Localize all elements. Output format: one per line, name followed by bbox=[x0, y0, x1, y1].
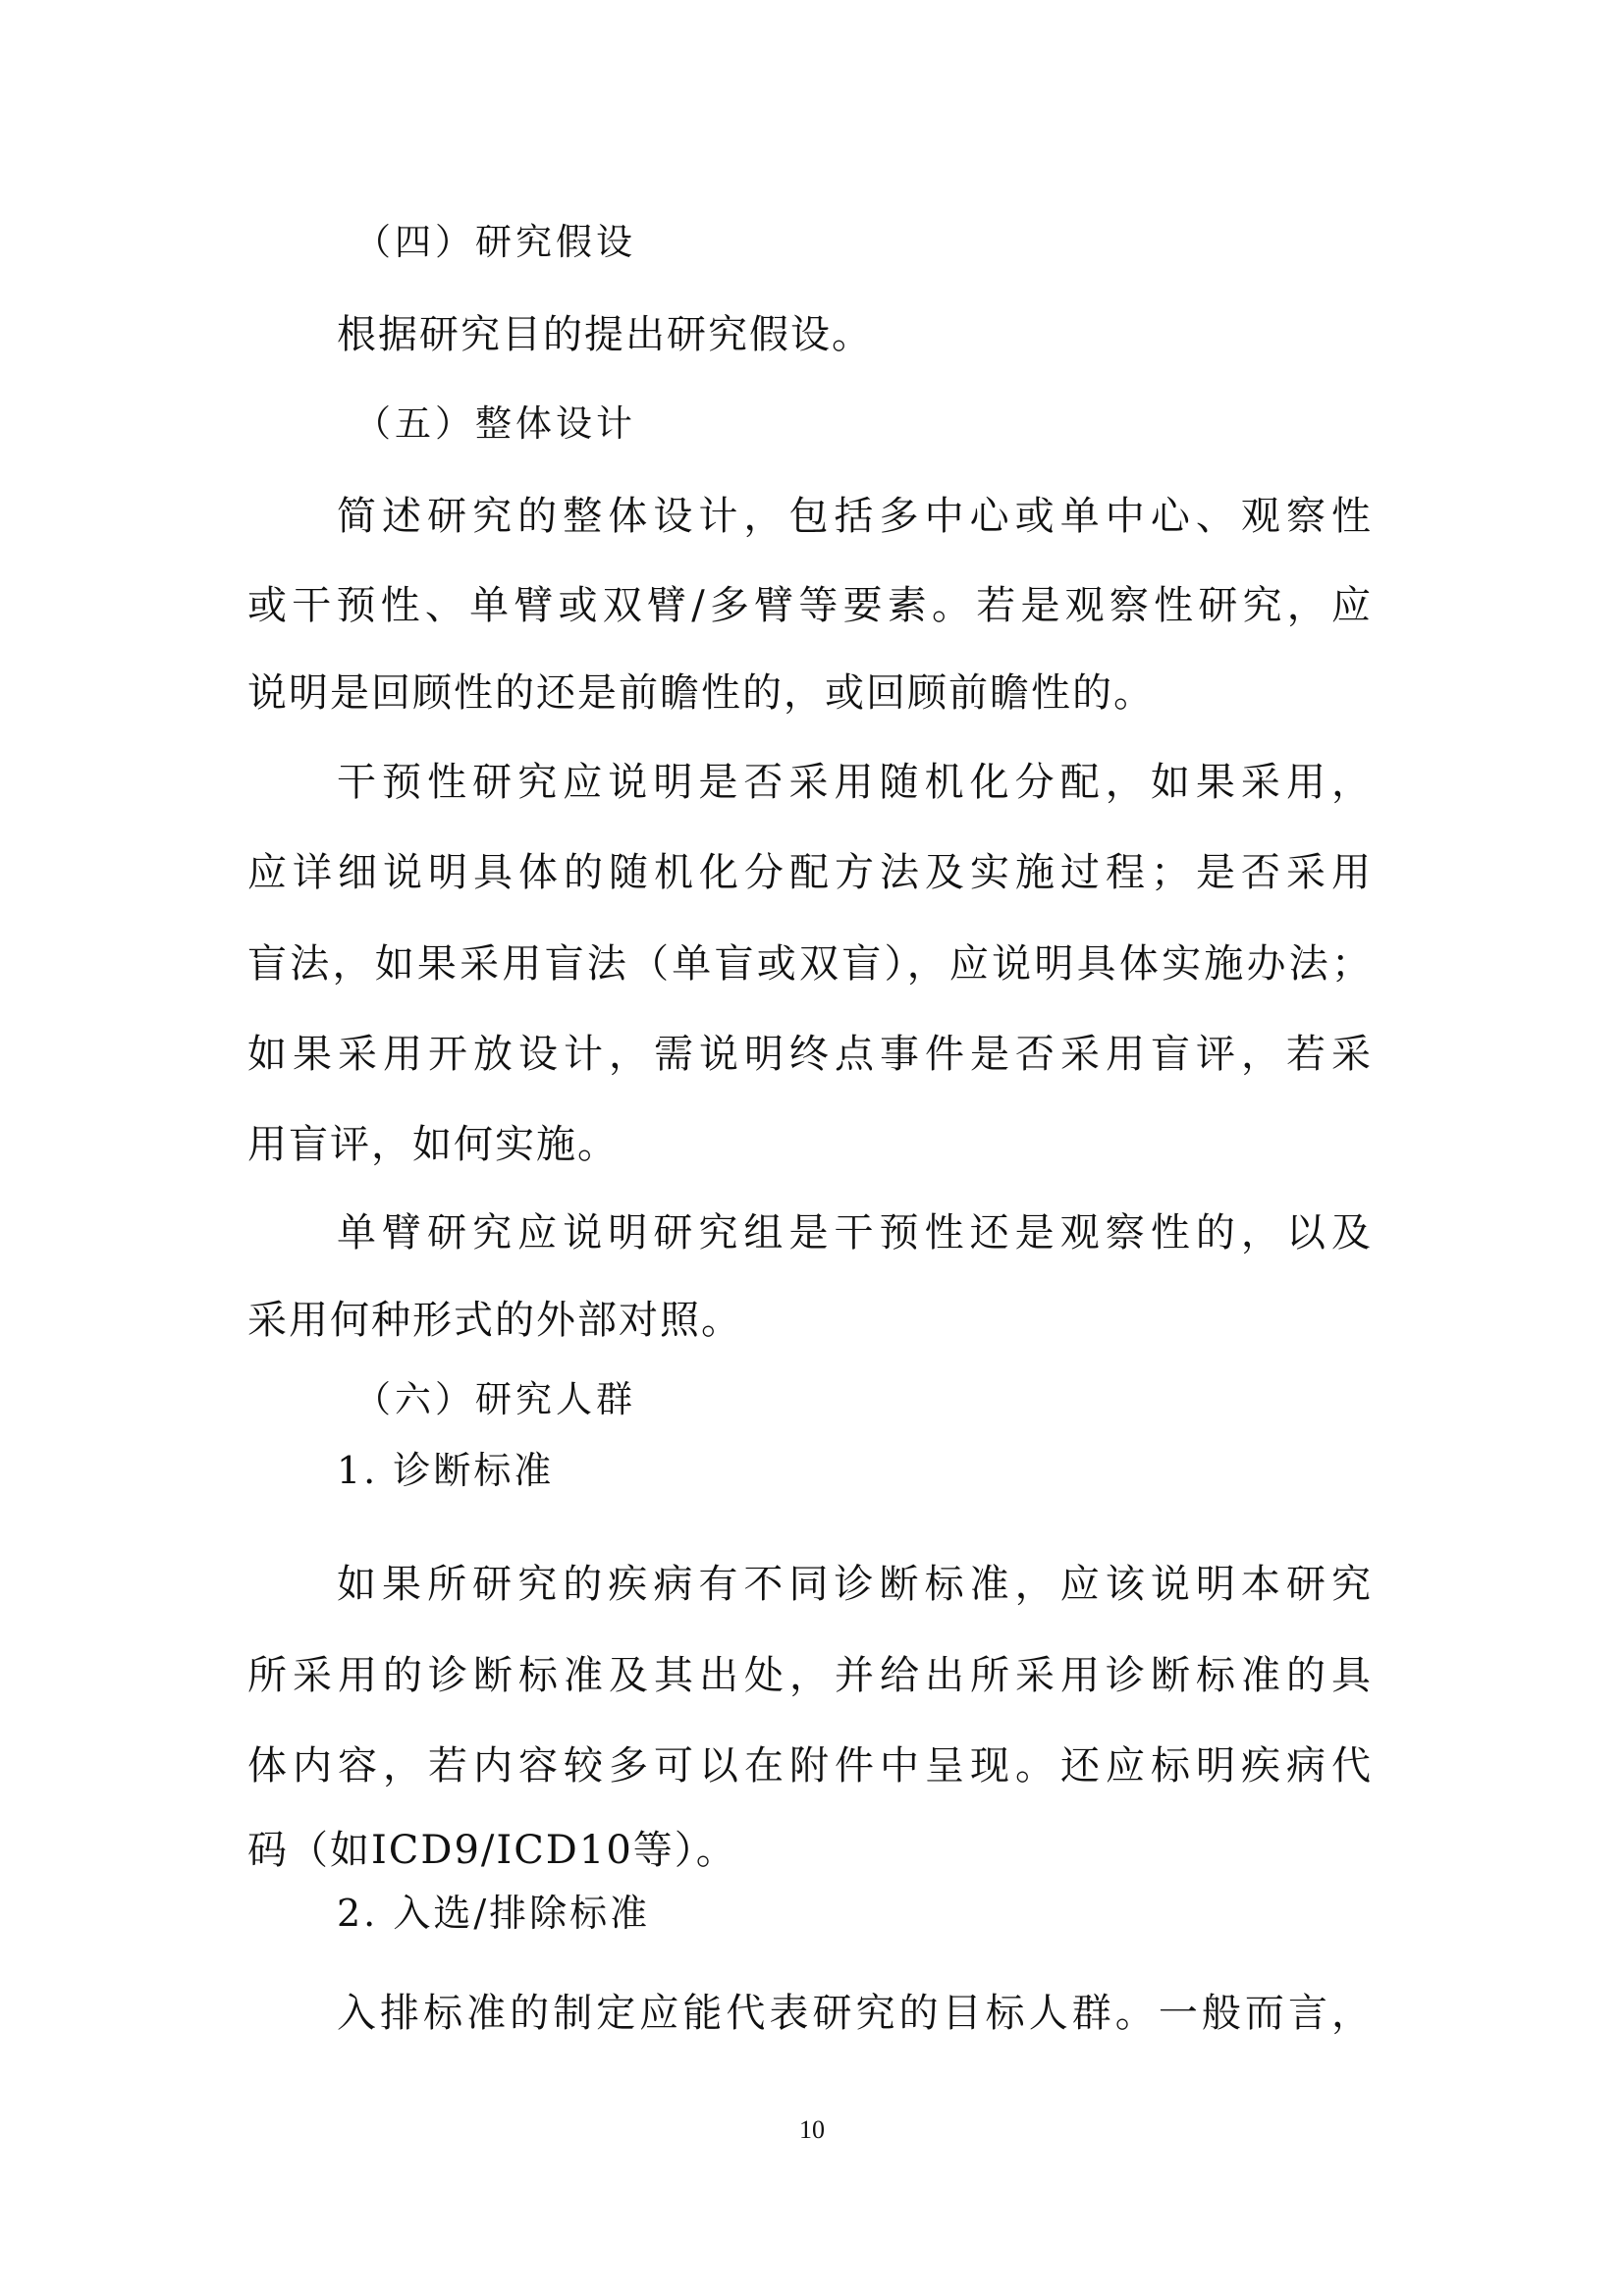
paragraph-line: 说明是回顾性的还是前瞻性的，或回顾前瞻性的。 bbox=[247, 668, 1373, 718]
section-heading-study-population: （六）研究人群 bbox=[354, 1378, 636, 1421]
paragraph-line: 干预性研究应说明是否采用随机化分配，如果采用， bbox=[337, 758, 1373, 807]
paragraph-line: 简述研究的整体设计，包括多中心或单中心、观察性 bbox=[337, 492, 1373, 541]
paragraph-line: 如果采用开放设计，需说明终点事件是否采用盲评，若采 bbox=[247, 1030, 1373, 1079]
paragraph-line: 体内容，若内容较多可以在附件中呈现。还应标明疾病代 bbox=[247, 1741, 1373, 1790]
paragraph-line: 码（如ICD9/ICD10等）。 bbox=[247, 1826, 1373, 1875]
paragraph-line: 所采用的诊断标准及其出处，并给出所采用诊断标准的具 bbox=[247, 1651, 1373, 1700]
subsection-heading-inclusion-exclusion: 2. 入选/排除标准 bbox=[337, 1891, 650, 1936]
section-heading-overall-design: （五）整体设计 bbox=[354, 402, 636, 446]
page-number: 10 bbox=[0, 2115, 1624, 2145]
paragraph-line: 入排标准的制定应能代表研究的目标人群。一般而言， bbox=[337, 1989, 1373, 2038]
paragraph-line: 用盲评，如何实施。 bbox=[247, 1120, 1373, 1169]
paragraph-line: 盲法，如果采用盲法（单盲或双盲），应说明具体实施办法； bbox=[247, 939, 1373, 988]
section-heading-hypothesis: （四）研究假设 bbox=[354, 221, 636, 264]
paragraph-line: 采用何种形式的外部对照。 bbox=[247, 1296, 1373, 1345]
paragraph-line: 如果所研究的疾病有不同诊断标准，应该说明本研究 bbox=[337, 1560, 1373, 1609]
paragraph-line: 单臂研究应说明研究组是干预性还是观察性的，以及 bbox=[337, 1208, 1373, 1257]
paragraph-line: 应详细说明具体的随机化分配方法及实施过程；是否采用 bbox=[247, 848, 1373, 897]
paragraph-line: 根据研究目的提出研究假设。 bbox=[337, 310, 1373, 359]
subsection-heading-diagnostic-criteria: 1. 诊断标准 bbox=[337, 1448, 554, 1493]
paragraph-line: 或干预性、单臂或双臂/多臂等要素。若是观察性研究，应 bbox=[247, 581, 1373, 630]
